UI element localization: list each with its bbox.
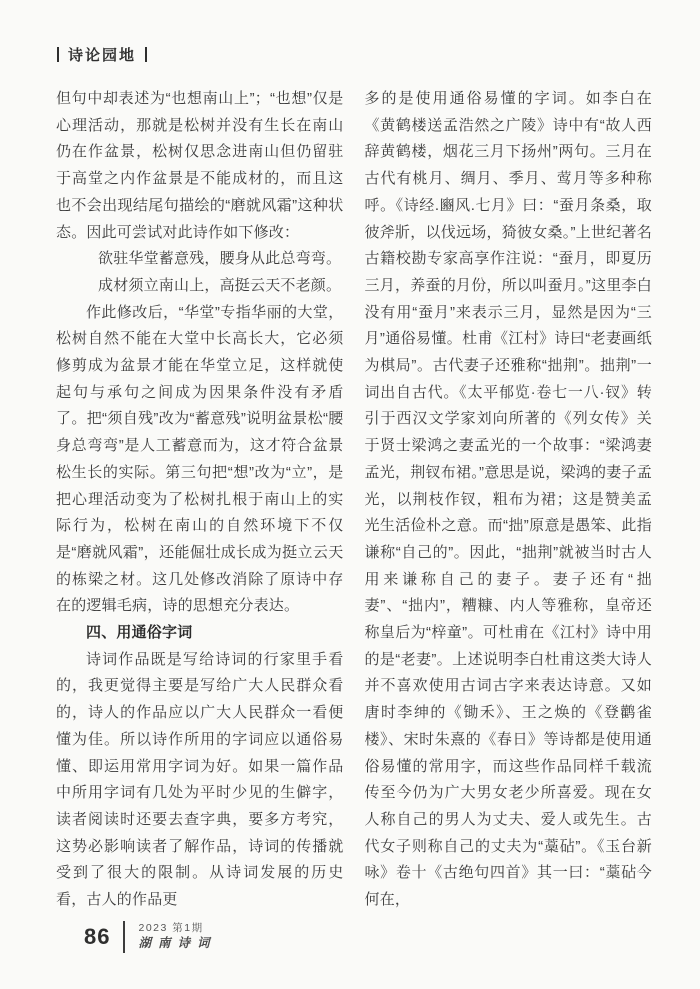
left-column: 但句中却表述为“也想南山上”；“也想”仅是心理活动，那就是松树并没有生长在南山仍… [56, 86, 344, 914]
footer-divider [123, 921, 125, 953]
section-heading: 四、用通俗字词 [56, 620, 344, 647]
two-column-body: 但句中却表述为“也想南山上”；“也想”仅是心理活动，那就是松树并没有生长在南山仍… [56, 86, 652, 914]
column-header-title: 诗论园地 [68, 44, 136, 65]
journal-name: 湖南诗词 [138, 936, 216, 952]
journal-info: 2023 第1期 湖南诗词 [138, 922, 216, 952]
page-number: 86 [84, 924, 110, 950]
poem-line-2: 成材须立南山上，高挺云天不老颜。 [56, 273, 344, 300]
paragraph-continued: 多的是使用通俗易懂的字词。如李白在《黄鹤楼送孟浩然之广陵》诗中有“故人西辞黄鹤楼… [365, 86, 653, 914]
header-bar-left [57, 47, 59, 62]
page-footer: 86 2023 第1期 湖南诗词 [84, 921, 217, 953]
journal-page: 诗论园地 但句中却表述为“也想南山上”；“也想”仅是心理活动，那就是松树并没有生… [0, 0, 700, 989]
paragraph-intro: 但句中却表述为“也想南山上”；“也想”仅是心理活动，那就是松树并没有生长在南山仍… [56, 86, 344, 246]
header-bar-right [145, 47, 147, 62]
poem-line-1: 欲驻华堂蓄意残，腰身从此总弯弯。 [56, 246, 344, 273]
paragraph-popular-words: 诗词作品既是写给诗词的行家里手看的，我更觉得主要是写给广大人民群众看的，诗人的作… [56, 647, 344, 914]
paragraph-revision-analysis: 作此修改后，“华堂”专指华丽的大堂，松树自然不能在大堂中长高长大，它必须修剪成为… [56, 300, 344, 620]
right-column: 多的是使用通俗易懂的字词。如李白在《黄鹤楼送孟浩然之广陵》诗中有“故人西辞黄鹤楼… [365, 86, 653, 914]
column-header: 诗论园地 [57, 44, 147, 65]
issue-label: 2023 第1期 [138, 922, 216, 935]
